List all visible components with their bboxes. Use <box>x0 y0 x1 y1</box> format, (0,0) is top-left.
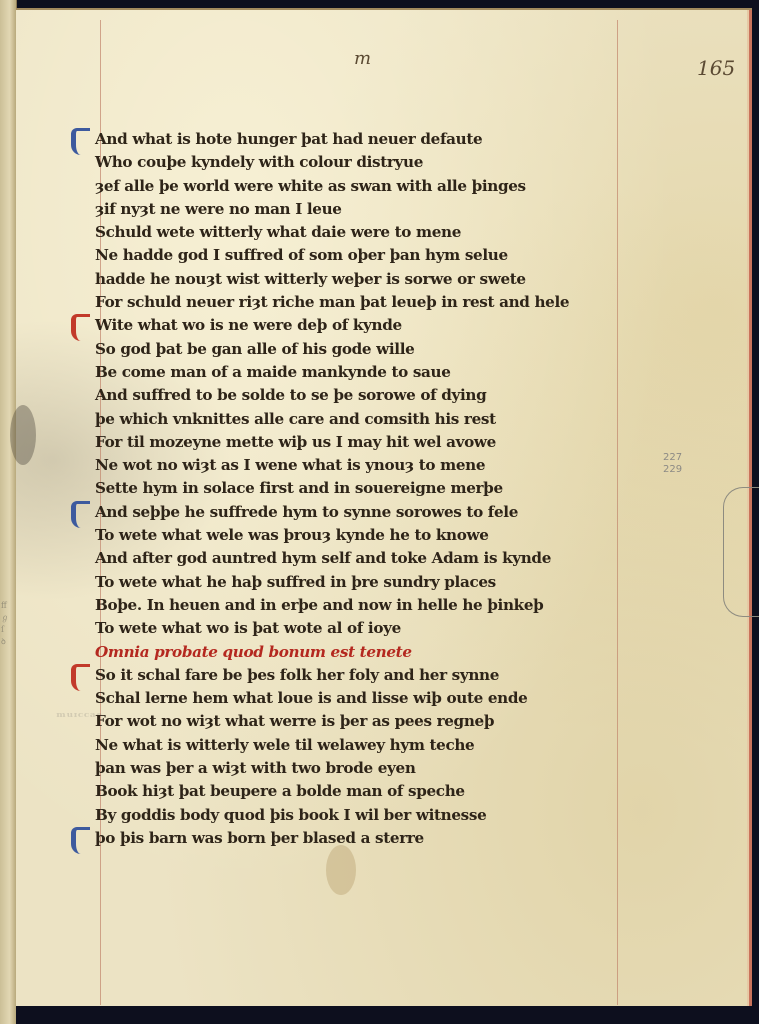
gutter-shadow <box>10 405 36 465</box>
text-line: Schuld wete witterly what daie were to m… <box>95 221 715 244</box>
text-line: Ne what is witterly wele til welawey hym… <box>95 734 715 757</box>
quire-signature: m <box>354 48 371 69</box>
text-line: Boþe. In heuen and in erþe and now in he… <box>95 594 715 617</box>
text-line: Wite what wo is ne were deþ of kynde <box>95 314 715 337</box>
text-line: And suffred to be solde to se þe sorowe … <box>95 384 715 407</box>
water-stain <box>326 845 356 895</box>
text-line: By goddis body quod þis book I wil ber w… <box>95 804 715 827</box>
text-line: Who couþe kyndely with colour distryue <box>95 151 715 174</box>
blue-paraph-mark <box>71 827 90 854</box>
text-line: hadde he nouȝt wist witterly weþer is so… <box>95 268 715 291</box>
text-line: ȝef alle þe world were white as swan wit… <box>95 175 715 198</box>
text-line: So god þat be gan alle of his gode wille <box>95 338 715 361</box>
text-line: Book hiȝt þat beupere a bolde man of spe… <box>95 780 715 803</box>
bookmark-tab[interactable] <box>723 487 759 617</box>
adjacent-leaf-edge: ﬀℊſꝺ <box>0 0 17 1024</box>
text-line: To wete what wo is þat wote al of ioye <box>95 617 715 640</box>
text-line: Be come man of a maide mankynde to saue <box>95 361 715 384</box>
text-line: Ne wot no wiȝt as I wene what is ynouȝ t… <box>95 454 715 477</box>
text-line: To wete what wele was þrouȝ kynde he to … <box>95 524 715 547</box>
blue-paraph-mark <box>71 128 90 155</box>
text-line: For schuld neuer riȝt riche man þat leue… <box>95 291 715 314</box>
page-bottom-edge <box>16 1006 756 1024</box>
text-line: To wete what he haþ suffred in þre sundr… <box>95 571 715 594</box>
red-paraph-mark <box>71 314 90 341</box>
text-line: þan was þer a wiȝt with two brode eyen <box>95 757 715 780</box>
text-line: Sette hym in solace first and in souerei… <box>95 477 715 500</box>
text-line: Ne hadde god I suffred of som oþer þan h… <box>95 244 715 267</box>
folio-number: 165 <box>697 56 735 80</box>
red-paraph-mark <box>71 664 90 691</box>
text-line: þe which vnknittes alle care and comsith… <box>95 408 715 431</box>
blue-paraph-mark <box>71 501 90 528</box>
rubric-line: Omnia probate quod bonum est tenete <box>95 641 715 664</box>
text-line: And what is hote hunger þat had neuer de… <box>95 128 715 151</box>
text-line: Schal lerne hem what loue is and lisse w… <box>95 687 715 710</box>
text-line: And seþþe he suffrede hym to synne sorow… <box>95 501 715 524</box>
text-line: For til mozeyne mette wiþ us I may hit w… <box>95 431 715 454</box>
text-line: So it schal fare be þes folk her foly an… <box>95 664 715 687</box>
text-line: ȝif nyȝt ne were no man I leue <box>95 198 715 221</box>
adjacent-leaf-marginalia: ﬀℊſꝺ <box>1 600 15 648</box>
text-line: þo þis barn was born þer blased a sterre <box>95 827 715 850</box>
text-line: And after god auntred hym self and toke … <box>95 547 715 570</box>
main-text-column: And what is hote hunger þat had neuer de… <box>95 128 715 850</box>
text-line: For wot no wiȝt what werre is þer as pee… <box>95 710 715 733</box>
